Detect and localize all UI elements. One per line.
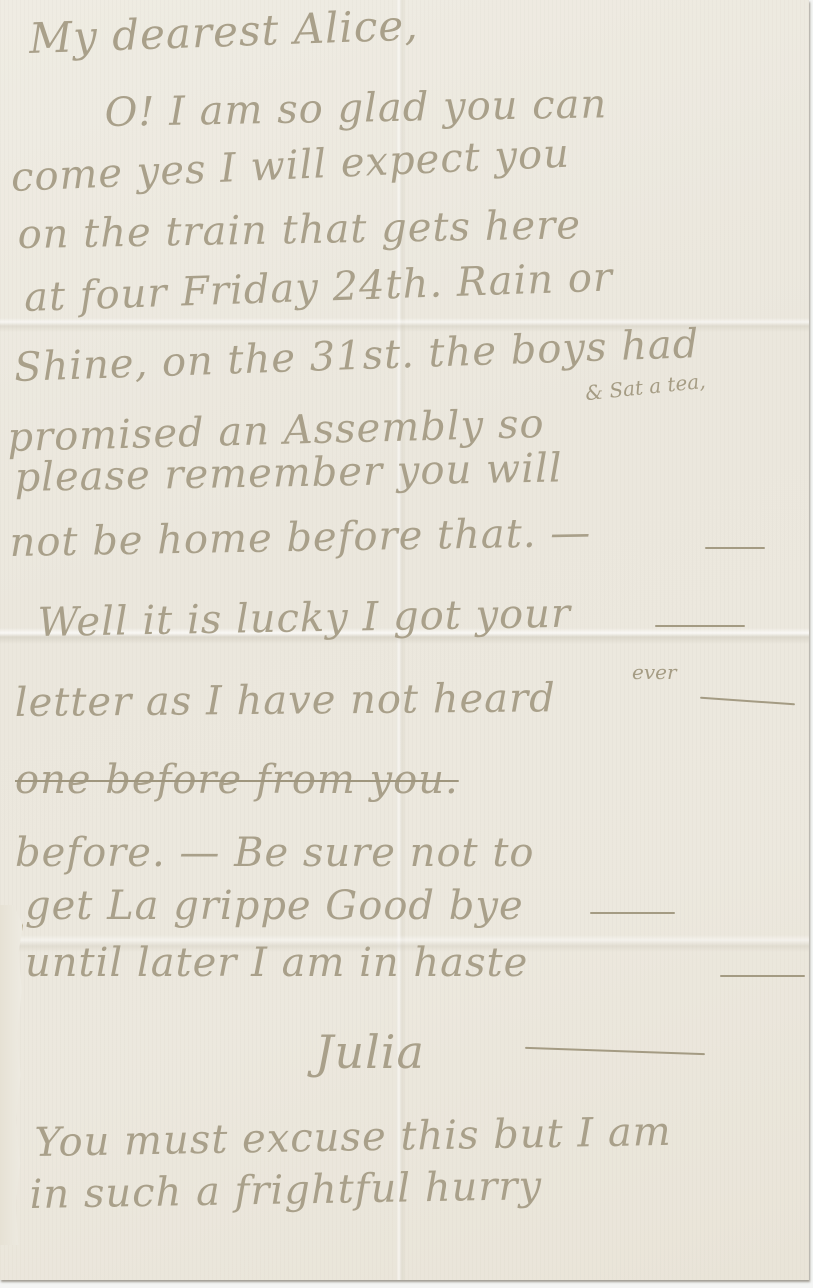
body-line-11: one before from you.: [15, 757, 459, 803]
body-line-13: get La grippe Good bye: [25, 883, 524, 929]
postscript-line-1: You must excuse this but I am: [34, 1109, 672, 1166]
body-line-2: come yes I will expect you: [10, 131, 571, 201]
body-line-14: until later I am in haste: [25, 940, 528, 986]
body-line-9: Well it is lucky I got your: [37, 591, 571, 646]
body-line-4: at four Friday 24th. Rain or: [23, 254, 613, 321]
underline-dash: [655, 625, 745, 627]
body-line-3: on the train that gets here: [17, 202, 581, 258]
dash: [705, 547, 765, 549]
body-line-7: please remember you will: [14, 445, 563, 501]
letter-text: My dearest Alice, O! I am so glad you ca…: [0, 0, 813, 1288]
dash: [700, 697, 795, 706]
dash: [590, 912, 675, 914]
body-line-8: not be home before that. —: [9, 510, 591, 566]
salutation: My dearest Alice,: [28, 0, 419, 63]
body-line-12: before. — Be sure not to: [15, 830, 534, 876]
postscript-line-2: in such a frightful hurry: [29, 1163, 542, 1218]
signature: Julia: [315, 1025, 425, 1079]
dash: [720, 975, 805, 977]
body-line-1: O! I am so glad you can: [104, 81, 607, 136]
body-line-10: letter as I have not heard: [15, 675, 556, 726]
insertion-sat-tea: & Sat a tea,: [584, 369, 706, 405]
insertion-ever: ever: [632, 660, 677, 684]
signature-flourish: [525, 1047, 705, 1055]
